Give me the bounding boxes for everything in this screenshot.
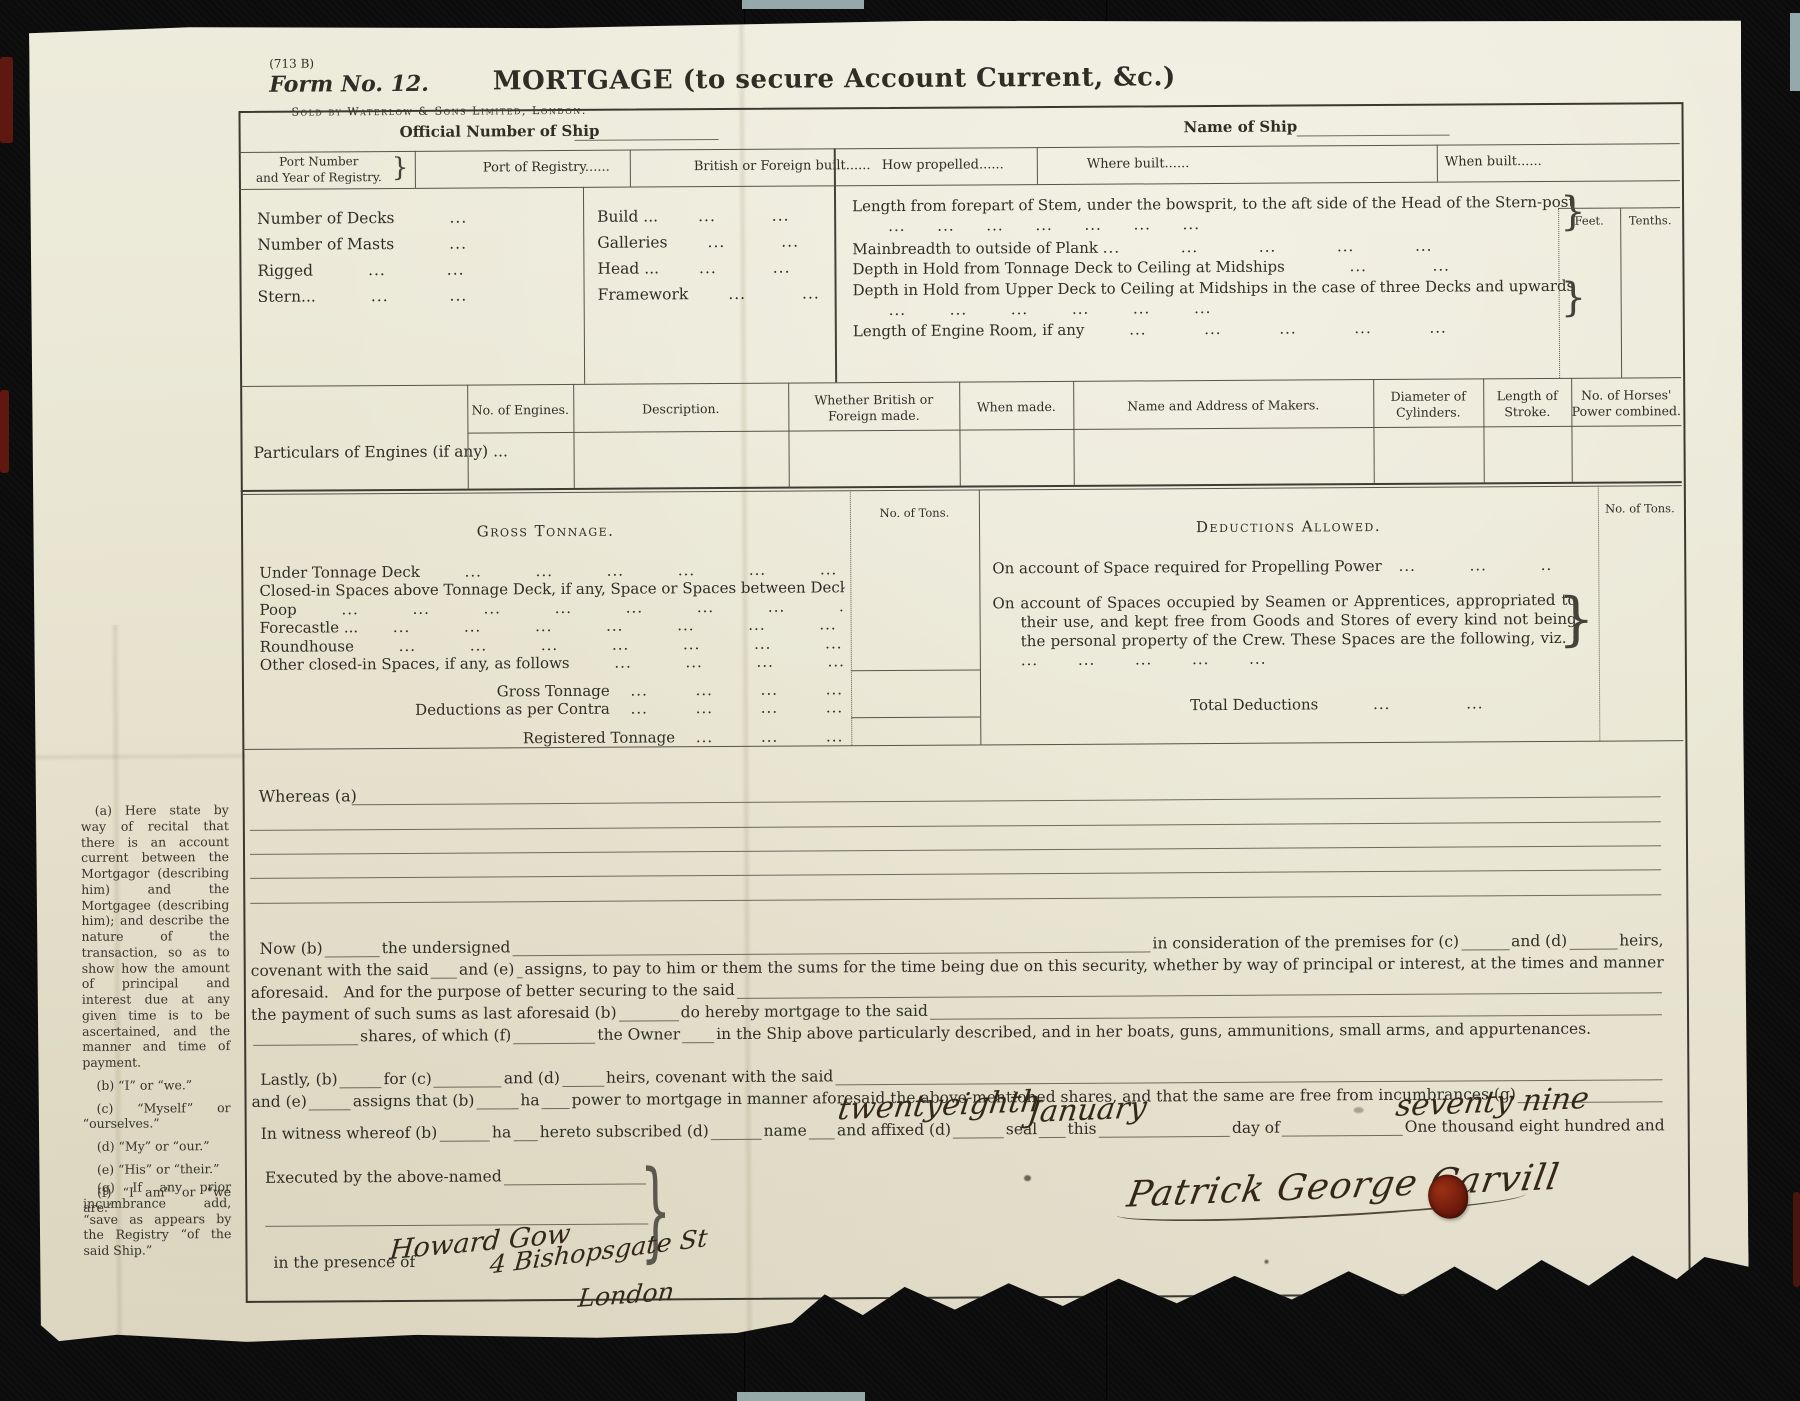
- fill-blank: [809, 1123, 835, 1139]
- wax-seal: [1428, 1174, 1468, 1218]
- scanned-document-page: (713 B) Form No. 12. Sold by Waterlow & …: [0, 0, 1800, 1401]
- executed-line: Executed by the above-named: [265, 1165, 648, 1188]
- month-blank: [1282, 1120, 1403, 1137]
- fill-blank: [253, 1029, 358, 1046]
- tape-strip-right: [1790, 13, 1800, 91]
- tons-column-label-right: No. of Tons.: [1598, 501, 1682, 516]
- registry-col-port-of-registry: Port of Registry......: [483, 160, 610, 176]
- tape-strip-top: [742, 0, 864, 9]
- handwritten-witness-city: London: [577, 1277, 676, 1313]
- desc-decks: Number of Decks...: [257, 209, 467, 228]
- ink-spot: [1354, 1107, 1364, 1113]
- fill-blank: [504, 1168, 646, 1185]
- margin-note-g: (g) If any prior incumbrance add, “save …: [83, 1179, 231, 1259]
- fill-blank: [737, 977, 1662, 999]
- desc-galleries: Galleries... ...: [597, 233, 799, 252]
- fill-blank: [309, 1094, 351, 1110]
- margin-note-a-block: (a) Here state by way of recital that th…: [81, 802, 232, 1223]
- registry-col-port-number: Port Number and Year of Registry.: [244, 154, 394, 186]
- engines-col-description: Description.: [573, 389, 788, 430]
- deduction-crew-row: On account of Spaces occupied by Seamen …: [992, 591, 1576, 671]
- fold-crease: [33, 752, 245, 761]
- fill-blank: [476, 1093, 518, 1109]
- engines-col-makers: Name and Address of Makers.: [1073, 385, 1373, 427]
- desc-framework: Framework... ...: [598, 284, 820, 303]
- tape-strip-bottom: [737, 1392, 865, 1401]
- margin-note-d: (d) “My” or “our.”: [83, 1138, 231, 1155]
- official-number-label: Official Number of Ship: [400, 122, 600, 141]
- registry-col-british-foreign: British or Foreign built......: [694, 158, 871, 174]
- total-deductions-row: Total Deductions ... ...: [1190, 694, 1483, 714]
- deductions-title: Deductions Allowed.: [979, 516, 1598, 538]
- ink-spot: [1024, 1175, 1031, 1181]
- fill-blank: [930, 999, 1662, 1019]
- fill-blank: [434, 1071, 502, 1087]
- grid-line: [415, 151, 416, 188]
- desc-build: Build ...... ...: [597, 207, 790, 226]
- engines-col-origin: Whether British or Foreign made.: [788, 388, 959, 429]
- fill-blank: [562, 1071, 604, 1087]
- ship-name-label: Name of Ship: [1184, 117, 1298, 136]
- tonnage-item: Closed-in Spaces above Tonnage Deck, if …: [259, 578, 844, 600]
- engines-label: Particulars of Engines (if any) ...: [254, 442, 508, 462]
- fill-blank: [682, 1027, 714, 1043]
- document-paper: (713 B) Form No. 12. Sold by Waterlow & …: [29, 15, 1749, 1355]
- registry-col-when-built: When built......: [1445, 154, 1542, 170]
- engines-col-stroke: Length of Stroke.: [1483, 384, 1571, 425]
- deductions-contra-row: Deductions as per Contra ... ... ... ...: [413, 698, 843, 719]
- tonnage-item: Forecastle ... ... ... ... ... ... ... .…: [260, 615, 845, 637]
- fill-blank: [619, 1005, 679, 1021]
- tonnage-item: Other closed-in Spaces, if any, as follo…: [260, 652, 845, 674]
- engines-col-cylinders: Diameter of Cylinders.: [1373, 384, 1483, 425]
- tenths-column-label: Tenths.: [1620, 213, 1680, 227]
- engines-col-horsepower: No. of Horses' Power combined.: [1571, 383, 1681, 424]
- desc-masts: Number of Masts...: [257, 235, 467, 254]
- handwritten-month: January: [1026, 1090, 1149, 1130]
- ink-spot: [1265, 1260, 1269, 1264]
- fill-blank: [325, 941, 380, 957]
- grid-line: [1037, 147, 1038, 184]
- fill-blank: [513, 1125, 538, 1141]
- fill-blank: [512, 936, 1150, 956]
- registry-col-port-number-line2: and Year of Registry.: [244, 170, 394, 187]
- fill-blank: [1461, 934, 1509, 950]
- registry-col-where-built: Where built......: [1087, 156, 1190, 172]
- fill-blank: [953, 1122, 1004, 1138]
- desc-stern: Stern...... ...: [258, 287, 468, 306]
- edge-mark-red: [1793, 1192, 1800, 1287]
- edge-mark-red: [0, 390, 9, 473]
- margin-note-a: (a) Here state by way of recital that th…: [81, 802, 231, 1071]
- form-number: Form No. 12.: [269, 71, 429, 98]
- whereas-label: Whereas (a): [259, 786, 357, 806]
- margin-note-g-block: (g) If any prior incumbrance add, “save …: [83, 1179, 232, 1266]
- fill-blank: [1569, 934, 1617, 950]
- engines-col-number: No. of Engines.: [467, 390, 573, 431]
- feet-column-label: Feet.: [1558, 214, 1620, 228]
- margin-note-c: (c) “Myself” or “ourselves.”: [83, 1100, 231, 1132]
- margin-note-e: (e) “His” or “their.”: [83, 1161, 231, 1178]
- meas-depth-upper: Depth in Hold from Upper Deck to Ceiling…: [853, 276, 1587, 320]
- edge-mark-red: [0, 57, 13, 143]
- meas-length-stem: Length from forepart of Stem, under the …: [852, 192, 1586, 236]
- fill-blank: [340, 1072, 382, 1088]
- fill-blank: [513, 1028, 595, 1045]
- registry-col-port-number-line1: Port Number: [244, 154, 394, 171]
- document-title: MORTGAGE (to secure Account Current, &c.…: [484, 62, 1184, 96]
- deduction-brace: }: [1586, 589, 1595, 649]
- registry-col-how-propelled: How propelled......: [882, 157, 1004, 173]
- fill-blank: [711, 1124, 762, 1140]
- fill-blank: [542, 1093, 570, 1109]
- form-code: (713 B): [269, 57, 314, 71]
- fill-blank: [516, 962, 522, 978]
- desc-head: Head ...... ...: [597, 259, 790, 278]
- deduction-propelling-row: On account of Space required for Propell…: [992, 556, 1552, 577]
- desc-rigged: Rigged... ...: [257, 261, 464, 280]
- registry-col-brace: }: [392, 153, 409, 183]
- fill-blank: [439, 1125, 490, 1141]
- gross-tonnage-title: Gross Tonnage.: [241, 520, 850, 542]
- engines-col-when-made: When made.: [959, 387, 1073, 428]
- fill-blank: [431, 963, 457, 979]
- tons-column-label-left: No. of Tons.: [850, 505, 979, 520]
- margin-note-b: (b) “I” or “we.”: [82, 1077, 230, 1094]
